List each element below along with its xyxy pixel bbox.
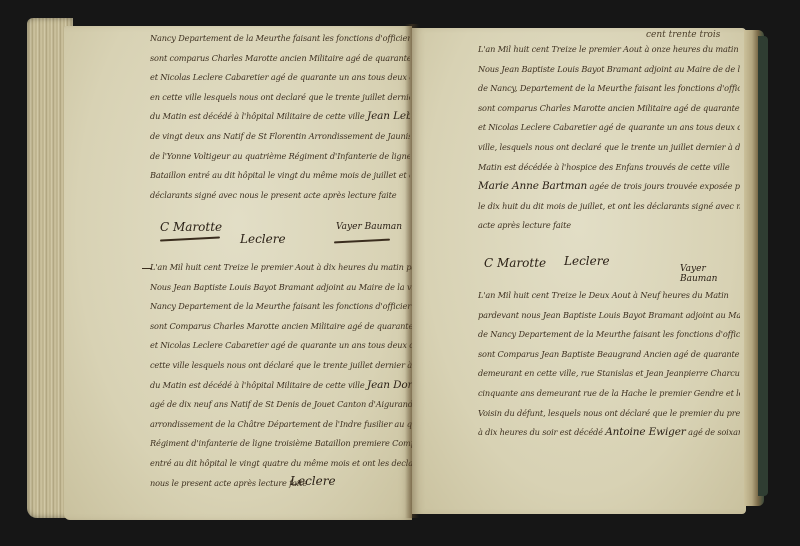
text-line: et Nicolas Leclere Cabaretier agé de qua…: [150, 336, 412, 356]
text-line: L'an Mil huit cent Treize le premier Aou…: [478, 40, 740, 60]
text-line: Nancy Departement de la Meurthe faisant …: [150, 29, 410, 49]
signature: Vayer Bauman: [336, 222, 402, 232]
text-line: sont comparus Charles Marotte ancien Mil…: [478, 99, 740, 119]
signature: Leclere: [290, 474, 336, 488]
text-line: et Nicolas Leclere Cabaretier agé de qua…: [150, 68, 410, 88]
book-cover-edge: [758, 36, 768, 496]
text-line: cinquante ans demeurant rue de la Hache …: [478, 384, 740, 404]
folio-number: cent trente trois: [646, 30, 720, 40]
signature: Leclere: [564, 254, 610, 268]
text-line: agé de dix neuf ans Natif de St Denis de…: [150, 395, 412, 415]
text-line: le dix huit du dit mois de juillet, et o…: [478, 197, 740, 217]
text-line: Marie Anne Bartman agée de trois jours t…: [478, 177, 740, 197]
text-line: du Matin est décédé à l'hôpital Militair…: [150, 376, 412, 396]
signature: C Marotte: [484, 256, 546, 270]
text-line: de l'Yonne Voltigeur au quatrième Régime…: [150, 147, 410, 167]
text-line: cette ville lesquels nous ont déclaré qu…: [150, 356, 412, 376]
text-line: Régiment d'infanterie de ligne troisième…: [150, 434, 412, 454]
signature: Leclere: [240, 232, 286, 246]
text-line: Nous Jean Baptiste Louis Bayot Bramant a…: [150, 278, 412, 298]
signature-flourish: [334, 239, 390, 244]
signature: Vayer Bauman: [680, 264, 746, 284]
text-line: Bataillon entré au dit hôpital le vingt …: [150, 166, 410, 186]
text-line: L'an Mil huit cent Treize le Deux Aout à…: [478, 286, 740, 306]
text-line: acte après lecture faite: [478, 216, 740, 236]
right-entry-1: L'an Mil huit cent Treize le premier Aou…: [478, 40, 740, 236]
text-line: Voisin du défunt, lesquels nous ont décl…: [478, 404, 740, 424]
signature-flourish: [160, 236, 220, 241]
text-line: déclarants signé avec nous le present ac…: [150, 186, 410, 206]
left-page: Nancy Departement de la Meurthe faisant …: [64, 26, 412, 520]
text-line: sont Comparus Charles Marotte ancien Mil…: [150, 317, 412, 337]
text-line: L'an Mil huit cent Treize le premier Aou…: [150, 258, 412, 278]
right-page: cent trente trois L'an Mil huit cent Tre…: [412, 28, 746, 514]
text-line: demeurant en cette ville, rue Stanislas …: [478, 364, 740, 384]
text-line: du Matin est décédé à l'hôpital Militair…: [150, 107, 410, 127]
right-entry-2: L'an Mil huit cent Treize le Deux Aout à…: [478, 286, 740, 443]
text-line: pardevant nous Jean Baptiste Louis Bayot…: [478, 306, 740, 326]
text-line: à dix heures du soir est décédé Antoine …: [478, 423, 740, 443]
text-line: Nancy Departement de la Meurthe faisant …: [150, 297, 412, 317]
left-entry-1: Nancy Departement de la Meurthe faisant …: [150, 29, 410, 205]
text-line: de Nancy, Departement de la Meurthe fais…: [478, 79, 740, 99]
left-entry-2: L'an Mil huit cent Treize le premier Aou…: [150, 258, 412, 493]
text-line: et Nicolas Leclere Cabaretier agé de qua…: [478, 118, 740, 138]
text-line: sont Comparus Jean Baptiste Beaugrand An…: [478, 345, 740, 365]
text-line: nous le present acte après lecture faite: [150, 474, 412, 494]
text-line: de Nancy Departement de la Meurthe faisa…: [478, 325, 740, 345]
text-line: ville, lesquels nous ont declaré que le …: [478, 138, 740, 158]
deceased-name: Antoine Ewiger: [605, 426, 685, 438]
deceased-name: Jean Lebon: [367, 110, 410, 122]
text-line: en cette ville lesquels nous ont declaré…: [150, 88, 410, 108]
signature: C Marotte: [160, 220, 222, 234]
text-line: arrondissement de la Châtre Département …: [150, 415, 412, 435]
text-line: Nous Jean Baptiste Louis Bayot Bramant a…: [478, 60, 740, 80]
text-line: de vingt deux ans Natif de St Florentin …: [150, 127, 410, 147]
text-line: entré au dit hôpital le vingt quatre du …: [150, 454, 412, 474]
text-line: Matin est décédée à l'hospice des Enfans…: [478, 158, 740, 178]
deceased-name: Marie Anne Bartman: [478, 180, 587, 192]
text-line: sont comparus Charles Marotte ancien Mil…: [150, 49, 410, 69]
